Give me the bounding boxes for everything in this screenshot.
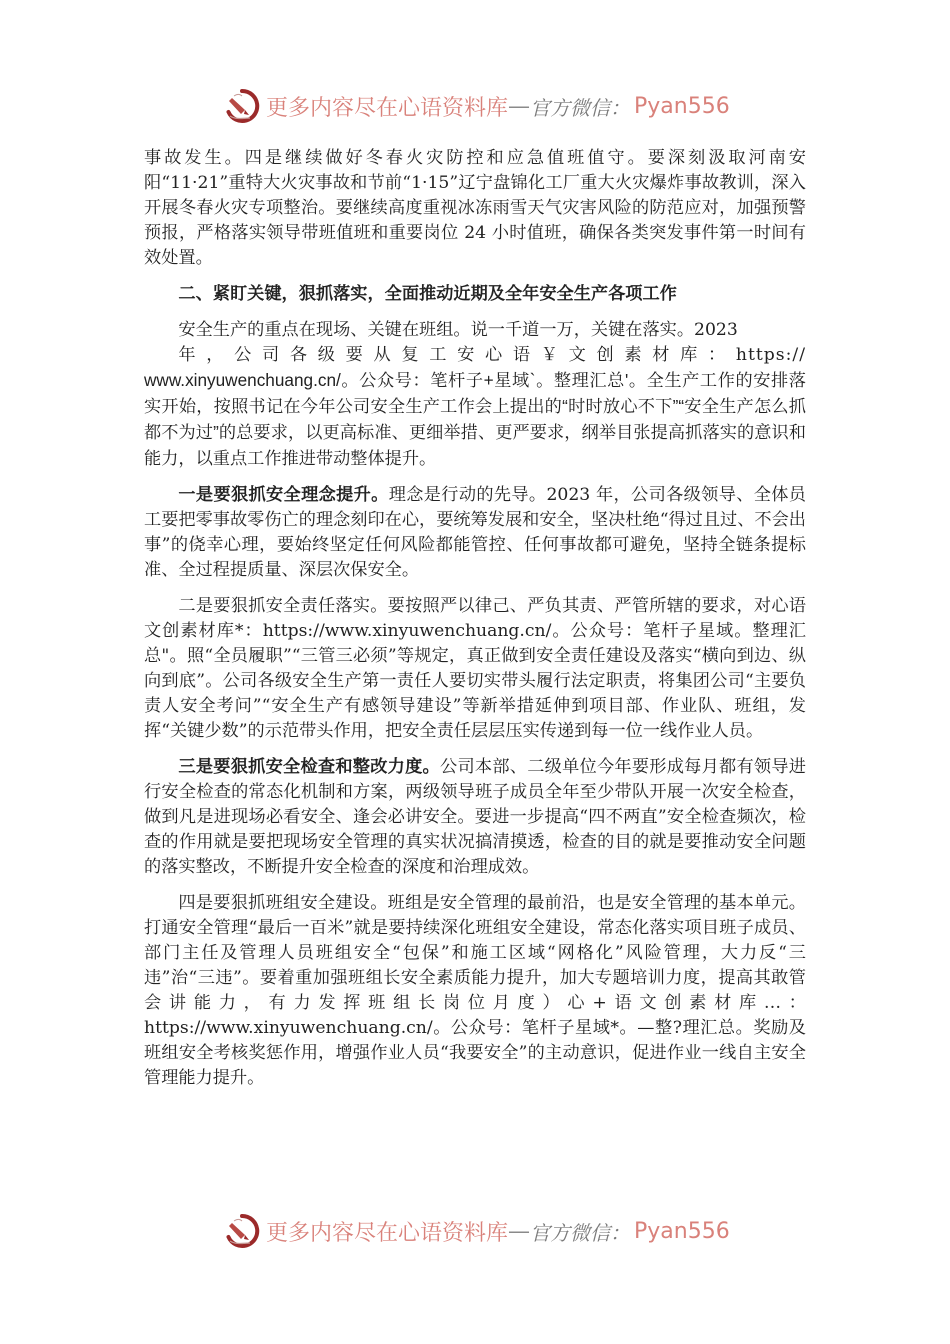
point-3-lead: 三是要狠抓安全检查和整改力度。 (178, 757, 440, 777)
pen-nib-circle-icon (224, 88, 260, 124)
section-heading: 二、紧盯关键，狠抓落实，全面推动近期及全年安全生产各项工作 (144, 282, 806, 307)
wechat-label: 官方微信： (530, 1217, 630, 1246)
footer-banner: 更多内容尽在心语资料库 — 官方微信： Pyan556 (224, 1211, 724, 1251)
paragraph-intro-line2: 年，公司各级要从复工安心语￥文创素材库：https:// (144, 343, 806, 368)
wechat-handle: Pyan556 (634, 1219, 730, 1244)
document-body: 事故发生。四是继续做好冬春火灾防控和应急值班值守。要深刻汲取河南安阳“11·21… (144, 146, 806, 1102)
paragraph-point-3: 三是要狠抓安全检查和整改力度。公司本部、二级单位今年要形成每月都有领导进行安全检… (144, 755, 806, 880)
paragraph-intro: 安全生产的重点在现场、关键在班组。说一千道一万，关键在落实。2023年，公司各级… (144, 318, 806, 472)
paragraph-point-2: 二是要狠抓安全责任落实。要按照严以律己、严负其责、严管所辖的要求，对心语文创素材… (144, 594, 806, 744)
paragraph-continuation: 事故发生。四是继续做好冬春火灾防控和应急值班值守。要深刻汲取河南安阳“11·21… (144, 146, 806, 271)
header-banner: 更多内容尽在心语资料库 — 官方微信： Pyan556 (224, 86, 724, 126)
paragraph-intro-line1: 安全生产的重点在现场、关键在班组。说一千道一万，关键在落实。2023 (178, 320, 737, 340)
paragraph-point-4: 四是要狠抓班组安全建设。班组是安全管理的最前沿，也是安全管理的基本单元。打通安全… (144, 891, 806, 1091)
banner-dash: — (508, 94, 530, 119)
paragraph-point-1: 一是要狠抓安全理念提升。理念是行动的先导。2023 年，公司各级领导、全体员工要… (144, 483, 806, 583)
wechat-label: 官方微信： (530, 92, 630, 121)
pen-nib-circle-icon (224, 1213, 260, 1249)
point-1-lead: 一是要狠抓安全理念提升。 (178, 485, 388, 505)
paragraph-intro-rest: www.xinyuwenchuang.cn/。公众号：笔杆子+星域`。整理汇总'… (144, 370, 806, 468)
brand-text: 更多内容尽在心语资料库 (266, 1216, 508, 1247)
banner-dash: — (508, 1219, 530, 1244)
brand-text: 更多内容尽在心语资料库 (266, 91, 508, 122)
wechat-handle: Pyan556 (634, 94, 730, 119)
